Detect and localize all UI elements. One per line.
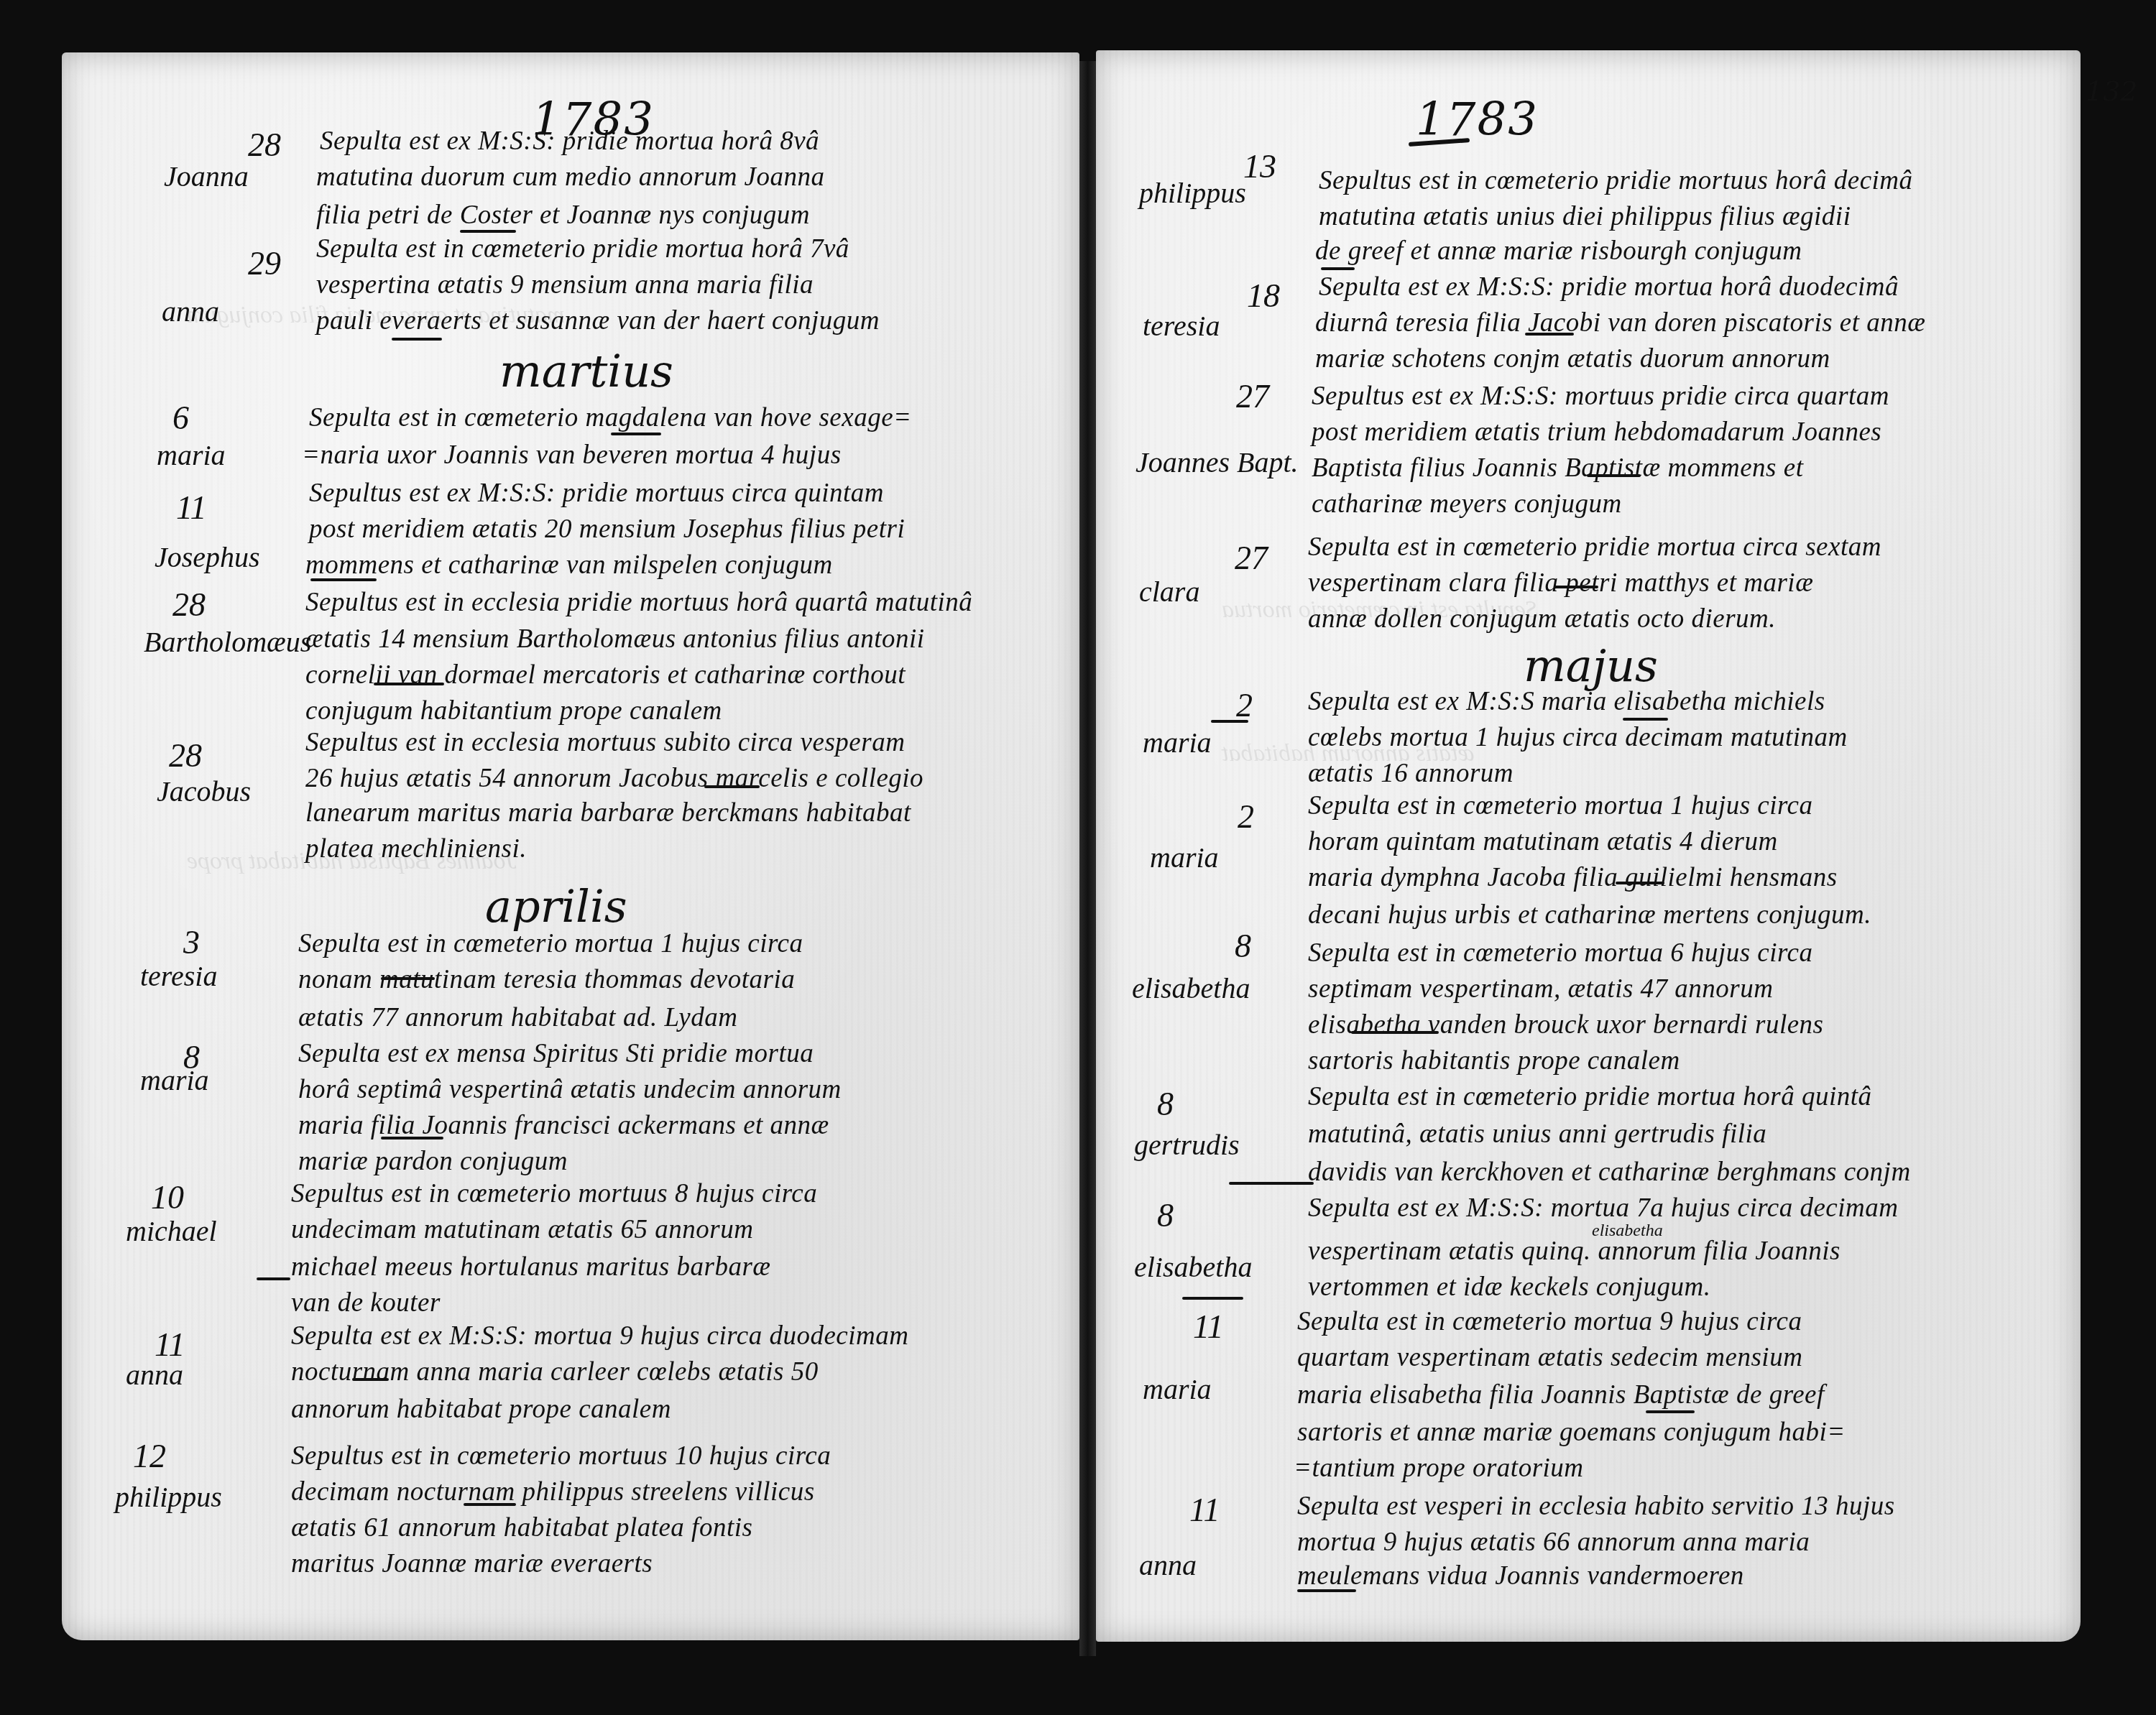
entry-line: quartam vespertinam ætatis sedecim mensi… [1297,1342,1802,1373]
entry-given-name: maria [1150,841,1219,874]
entry-line: Sepultus est ex M:S:S: mortuus pridie ci… [1312,381,1889,412]
entry-line: Sepulta est in cœmeterio pridie mortua c… [1308,532,1881,563]
entry-line: annorum habitabat prope canalem [291,1394,671,1425]
entry-line: cornelii van dormael mercatoris et catha… [305,660,906,690]
entry-line: post meridiem ætatis trium hebdomadarum … [1312,417,1881,448]
entry-line: filia petri de Coster et Joannæ nys conj… [316,200,810,231]
entry-day: 29 [248,244,281,282]
entry-line: Sepulta est in cœmeterio pridie mortua h… [316,234,849,264]
entry-line: diurnâ teresia filia Jacobi van doren pi… [1315,308,1925,338]
entry-day: 28 [169,736,202,775]
surname-underline [257,1277,290,1280]
entry-day: 11 [1189,1491,1220,1529]
entry-line: Sepulta est vesperi in ecclesia habito s… [1297,1491,1895,1522]
entry-line: Sepultus est in cœmeterio mortuus 10 huj… [291,1441,831,1471]
entry-day: 28 [172,586,206,624]
entry-line: Sepulta est in cœmeterio pridie mortua h… [1308,1081,1871,1112]
entry-line: vertommen et idæ keckels conjugum. [1308,1272,1711,1303]
entry-line: maria filia Joannis francisci ackermans … [298,1110,829,1141]
surname-underline [460,230,516,233]
entry-line: Sepulta est in cœmeterio mortua 1 hujus … [298,928,803,959]
entry-line: undecimam matutinam ætatis 65 annorum [291,1214,753,1245]
entry-given-name: anna [1139,1548,1197,1582]
entry-day: 13 [1243,147,1276,185]
page-number: 132 [2086,75,2138,107]
entry-given-name: elisabetha [1134,1250,1252,1284]
entry-line: decimam nocturnam philippus streelens vi… [291,1476,815,1507]
entry-line: Sepulta est ex M:S:S: pridie mortua horâ… [320,126,819,157]
surname-underline [381,977,435,980]
entry-day: 8 [1157,1196,1174,1234]
entry-line: post meridiem ætatis 20 mensium Josephus… [309,514,905,545]
surname-underline [1229,1182,1314,1185]
entry-line: =naria uxor Joannis van beveren mortua 4… [302,440,842,471]
entry-line: michael meeus hortulanus maritus barbaræ [291,1252,771,1282]
entry-day: 11 [176,489,207,527]
surname-underline [1297,1589,1356,1592]
entry-given-name: anna [162,295,219,328]
entry-line: vespertinam clara filia petri matthys et… [1308,568,1813,598]
surname-underline [1623,718,1668,721]
entry-line: maritus Joannæ mariæ everaerts [291,1548,653,1579]
entry-line: matutinâ, ætatis unius anni gertrudis fi… [1308,1119,1766,1150]
surname-underline [704,785,760,788]
entry-line: maria dymphna Jacoba filia guilielmi hen… [1308,862,1838,893]
entry-line: sartoris et annæ mariæ goemans conjugum … [1297,1417,1846,1448]
entry-line: elisabetha vanden brouck uxor bernardi r… [1308,1009,1824,1040]
entry-given-name: elisabetha [1132,971,1250,1005]
surname-underline [1182,1297,1243,1300]
surname-underline [611,433,661,435]
entry-day: 8 [1235,927,1251,965]
entry-line: lanearum maritus maria barbaræ berckmans… [305,798,911,828]
surname-underline [1525,333,1574,336]
entry-given-name: Joannes Bapt. [1135,445,1299,479]
entry-line: vespertina ætatis 9 mensium anna maria f… [316,269,814,300]
entry-line: matutina ætatis unius diei philippus fil… [1319,201,1851,232]
year-heading: 1783 [1416,93,1539,147]
entry-line: ætatis 61 annorum habitabat platea fonti… [291,1512,752,1543]
entry-line: Sepulta est ex mensa Spiritus Sti pridie… [298,1038,814,1069]
book-gutter [1079,61,1096,1656]
surname-underline [392,338,442,341]
surname-underline [1554,586,1598,588]
entry-day: 27 [1236,377,1269,415]
entry-line: ætatis 16 annorum [1308,758,1514,789]
entry-line: mariæ schotens conjm ætatis duorum annor… [1315,343,1830,374]
entry-day: 18 [1247,277,1280,315]
entry-line: Sepultus est in cœmeterio pridie mortuus… [1319,165,1913,196]
entry-line: de greef et annæ mariæ risbourgh conjugu… [1315,236,1802,267]
day-underline [1211,720,1248,723]
entry-given-name: Bartholomæus [144,625,311,659]
entry-line: van de kouter [291,1288,441,1318]
entry-line: Sepultus est ex M:S:S: pridie mortuus ci… [309,478,884,509]
entry-line: matutina duorum cum medio annorum Joanna [316,162,825,193]
entry-line: Baptista filius Joannis Baptistæ mommens… [1312,453,1803,484]
entry-given-name: Josephus [155,540,260,574]
entry-line: Sepulta est ex M:S:S: mortua 9 hujus cir… [291,1321,909,1351]
month-heading: martius [499,345,673,397]
month-heading: majus [1524,639,1658,692]
entry-line: catharinæ meyers conjugum [1312,489,1622,519]
entry-day: 10 [151,1178,184,1216]
entry-day: 12 [133,1437,166,1475]
entry-line: mommens et catharinæ van milspelen conju… [305,550,833,581]
entry-line: ætatis 77 annorum habitabat ad. Lydam [298,1002,738,1033]
surname-underline [352,1378,389,1381]
entry-line: Sepulta est ex M:S:S: pridie mortua horâ… [1319,272,1899,302]
entry-day: 8 [1157,1085,1174,1123]
surname-underline [310,578,377,581]
surname-underline [1587,474,1641,477]
surname-underline [1351,1031,1439,1034]
month-heading: aprilis [485,880,627,933]
entry-line: Sepultus est in ecclesia mortuus subito … [305,727,905,758]
entry-line: maria elisabetha filia Joannis Baptistæ … [1297,1379,1825,1410]
entry-given-name: anna [126,1358,183,1392]
entry-line: Sepulta est in cœmeterio mortua 6 hujus … [1308,938,1812,969]
entry-line: Sepulta est ex M:S:S: mortua 7a hujus ci… [1308,1193,1899,1224]
entry-line: Sepultus est in ecclesia pridie mortuus … [305,587,972,618]
entry-line: sartoris habitantis prope canalem [1308,1045,1680,1076]
entry-line: =tantium prope oratorium [1294,1453,1584,1484]
surname-underline [1616,882,1664,884]
entry-line: conjugum habitantium prope canalem [305,695,722,726]
entry-given-name: maria [140,1063,209,1097]
entry-line: annæ dollen conjugum ætatis octo dierum. [1308,604,1776,634]
entry-day: 6 [172,399,189,437]
entry-given-name: maria [1143,1372,1212,1406]
surname-underline [464,1503,516,1506]
entry-given-name: maria [157,438,226,472]
entry-given-name: Joanna [164,160,249,193]
entry-day: 11 [1193,1308,1224,1346]
entry-line: meulemans vidua Joannis vandermoeren [1297,1561,1744,1591]
entry-line: Sepulta est in cœmeterio mortua 9 hujus … [1297,1306,1802,1337]
entry-line: Sepulta est ex M:S:S maria elisabetha mi… [1308,686,1825,717]
entry-given-name: teresia [140,959,217,993]
entry-given-name: teresia [1143,309,1220,343]
entry-given-name: clara [1139,575,1199,609]
entry-line: decani hujus urbis et catharinæ mertens … [1308,900,1871,930]
surname-underline [374,683,444,685]
entry-day: 28 [248,126,281,164]
entry-line: mortua 9 hujus ætatis 66 annorum anna ma… [1297,1527,1810,1558]
entry-line: pauli everaerts et susannæ van der haert… [316,305,880,336]
entry-line: horâ septimâ vespertinâ ætatis undecim a… [298,1074,842,1105]
entry-given-name: Jacobus [157,775,251,808]
entry-given-name: maria [1143,726,1212,759]
entry-line: nonam matutinam teresia thommas devotari… [298,964,795,995]
entry-day: 3 [183,923,200,961]
entry-given-name: michael [126,1214,217,1248]
surname-underline [1321,267,1355,270]
entry-line: vespertinam ætatis quinq. annorum filia … [1308,1236,1841,1267]
entry-line: ætatis 14 mensium Bartholomæus antonius … [305,624,925,655]
surname-underline [381,1137,443,1140]
entry-line: platea mechliniensi. [305,833,527,864]
entry-line: septimam vespertinam, ætatis 47 annorum [1308,974,1773,1004]
entry-line: nocturnam anna maria carleer cœlebs ætat… [291,1356,819,1387]
surname-underline [1646,1410,1695,1413]
entry-line: davidis van kerckhoven et catharinæ berg… [1308,1157,1911,1188]
entry-line: mariæ pardon conjugum [298,1146,568,1177]
entry-line: 26 hujus ætatis 54 annorum Jacobus marce… [305,763,923,794]
entry-line: Sepulta est in cœmeterio mortua 1 hujus … [1308,790,1812,821]
entry-given-name: gertrudis [1134,1128,1240,1162]
entry-line: Sepulta est in cœmeterio magdalena van h… [309,402,912,433]
entry-line: Sepultus est in cœmeterio mortuus 8 huju… [291,1178,817,1209]
entry-day: 2 [1236,686,1253,724]
entry-given-name: philippus [115,1480,222,1514]
entry-given-name: philippus [1139,176,1246,210]
entry-day: 27 [1235,539,1268,577]
entry-day: 2 [1238,798,1254,836]
entry-line: horam quintam matutinam ætatis 4 dierum [1308,826,1778,857]
entry-line: cœlebs mortua 1 hujus circa decimam matu… [1308,722,1848,753]
